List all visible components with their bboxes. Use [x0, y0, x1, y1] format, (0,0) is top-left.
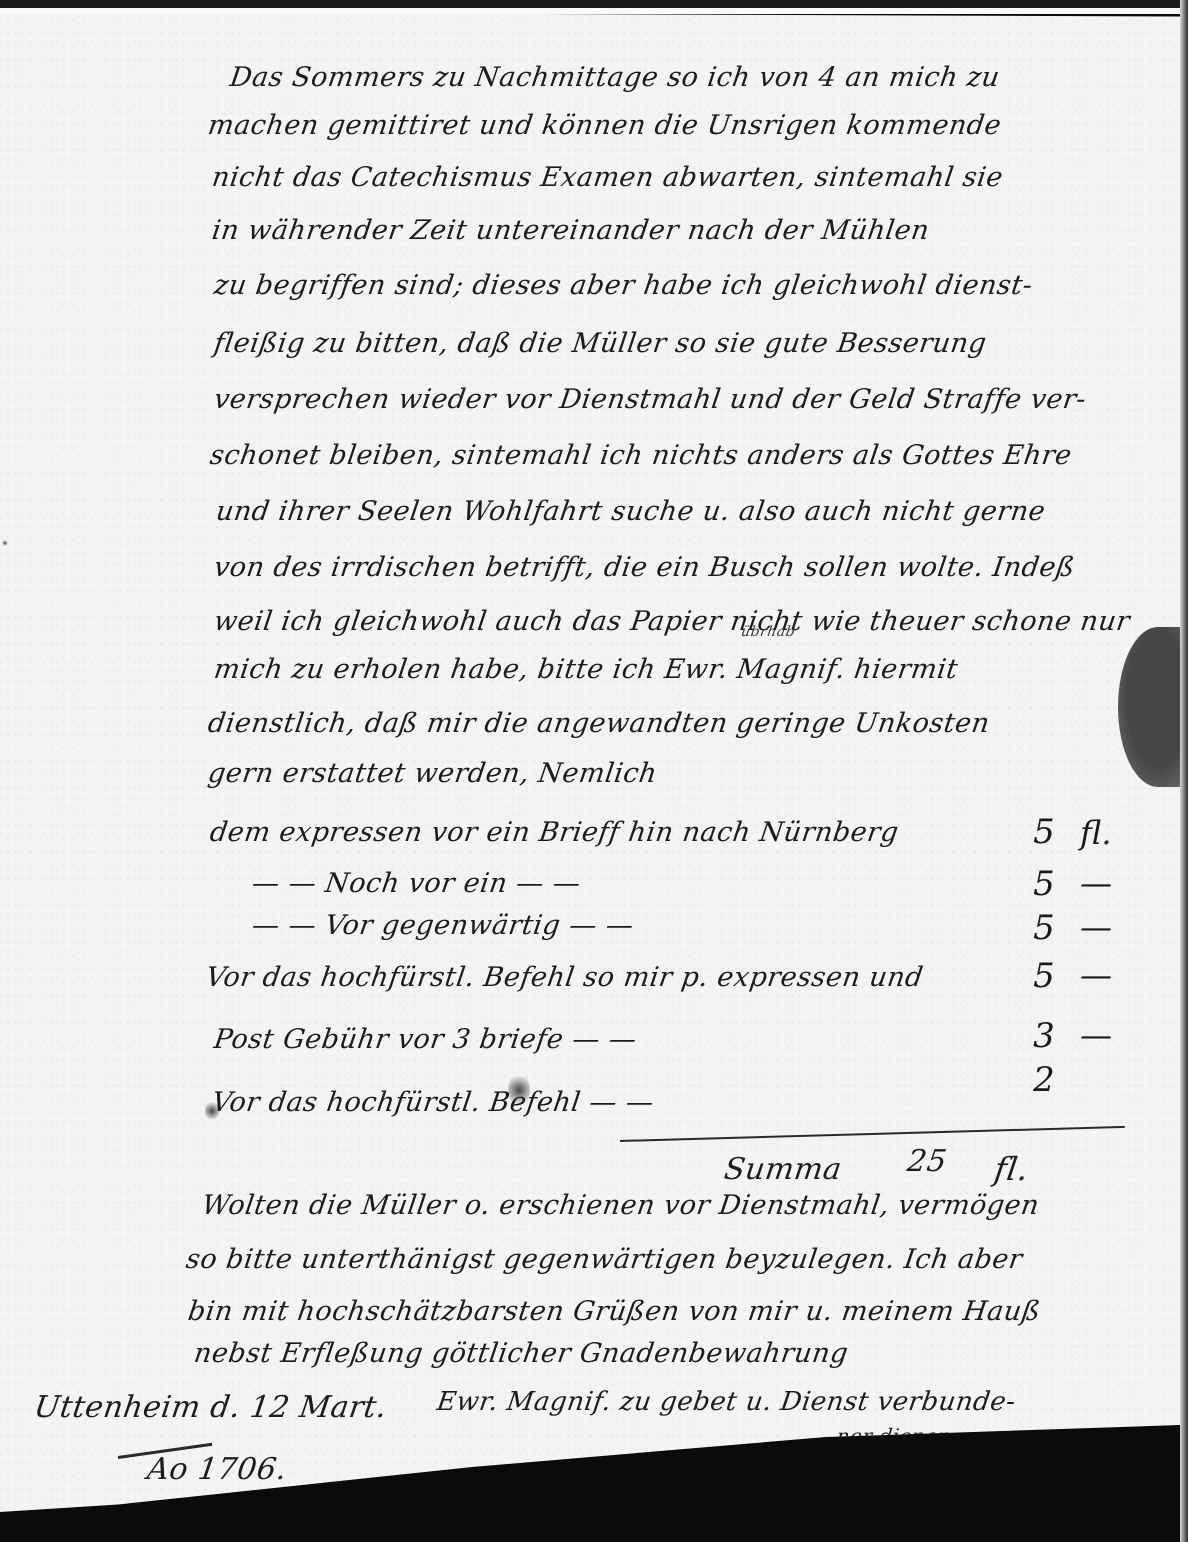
- scan-right-edge: [1180, 0, 1188, 1542]
- wax-seal-remnant: [1118, 627, 1188, 787]
- paper-speck: [2, 540, 8, 546]
- body-line-10: von des irrdischen betrifft, die ein Bus…: [212, 552, 1077, 583]
- ledger-item-unit: —: [1080, 864, 1140, 902]
- ledger-item-unit: fl.: [1080, 814, 1140, 852]
- ledger-item-label: Post Gebühr vor 3 briefe — —: [212, 1024, 639, 1055]
- body-line-9: und ihrer Seelen Wohlfahrt suche u. also…: [214, 496, 1047, 527]
- place-date-line-2: Ao 1706.: [145, 1452, 289, 1487]
- ledger-item-unit: —: [1080, 908, 1140, 946]
- total-rule: [620, 1126, 1125, 1142]
- ledger-item-unit: —: [1080, 956, 1140, 994]
- body-line-14: gern erstattet werden, Nemlich: [206, 758, 659, 789]
- body-line-11: weil ich gleichwohl auch das Papier nich…: [212, 606, 1132, 637]
- ledger-item-amount: 3: [1024, 1016, 1064, 1056]
- body-line-8: schonet bleiben, sintemahl ich nichts an…: [208, 440, 1074, 471]
- body-line-4: in währender Zeit untereinander nach der…: [210, 215, 931, 246]
- ledger-item-unit: —: [1080, 1016, 1140, 1054]
- ledger-item-amount: 5: [1024, 908, 1064, 948]
- ledger-item-label: dem expressen vor ein Brieff hin nach Nü…: [208, 817, 901, 848]
- body-line-1: Das Sommers zu Nachmittage so ich von 4 …: [228, 62, 1002, 93]
- body-line-7: versprechen wieder vor Dienstmahl und de…: [212, 384, 1088, 415]
- body-line-3: nicht das Catechismus Examen abwarten, s…: [210, 162, 1005, 193]
- ledger-item-amount: 5: [1024, 812, 1064, 852]
- interlinear-insert: übrhab: [740, 624, 796, 640]
- manuscript-page: Das Sommers zu Nachmittage so ich von 4 …: [0, 12, 1180, 1512]
- ledger-item-label: Vor das hochfürstl. Befehl — —: [210, 1087, 656, 1118]
- body-line-6: fleißig zu bitten, daß die Müller so sie…: [212, 328, 989, 359]
- body-line-13: dienstlich, daß mir die angewandten geri…: [206, 708, 992, 739]
- closing-line-1: Wolten die Müller o. erschienen vor Dien…: [200, 1190, 1041, 1221]
- closing-line-2: so bitte unterthänigst gegenwärtigen bey…: [184, 1244, 1025, 1275]
- ink-smudge: [508, 1072, 530, 1108]
- ink-smudge: [205, 1100, 219, 1122]
- body-line-5: zu begriffen sind; dieses aber habe ich …: [212, 270, 1035, 301]
- salutation-line-1: Ewr. Magnif. zu gebet u. Dienst verbunde…: [435, 1387, 1018, 1417]
- place-date-line-1: Uttenheim d. 12 Mart.: [32, 1390, 389, 1425]
- closing-line-3: bin mit hochschätzbarsten Grüßen von mir…: [186, 1296, 1043, 1327]
- ledger-item-label: — — Vor gegenwärtig — —: [250, 910, 636, 941]
- ledger-item-amount: 5: [1024, 864, 1064, 904]
- closing-line-4: nebst Erfleßung göttlicher Gnadenbewahru…: [192, 1338, 850, 1369]
- total-label: Summa: [722, 1152, 844, 1187]
- total-unit: fl.: [992, 1150, 1031, 1188]
- ledger-item-amount: 2: [1024, 1060, 1064, 1100]
- body-line-2: machen gemittiret und können die Unsrige…: [206, 110, 1003, 141]
- ledger-item-label: Vor das hochfürstl. Befehl so mir p. exp…: [204, 962, 925, 993]
- body-line-12: mich zu erholen habe, bitte ich Ewr. Mag…: [212, 654, 960, 685]
- ledger-item-label: — — Noch vor ein — —: [250, 868, 583, 899]
- ledger-item-amount: 5: [1024, 956, 1064, 996]
- scan-top-edge: [0, 0, 1188, 22]
- total-amount: 25: [905, 1144, 949, 1179]
